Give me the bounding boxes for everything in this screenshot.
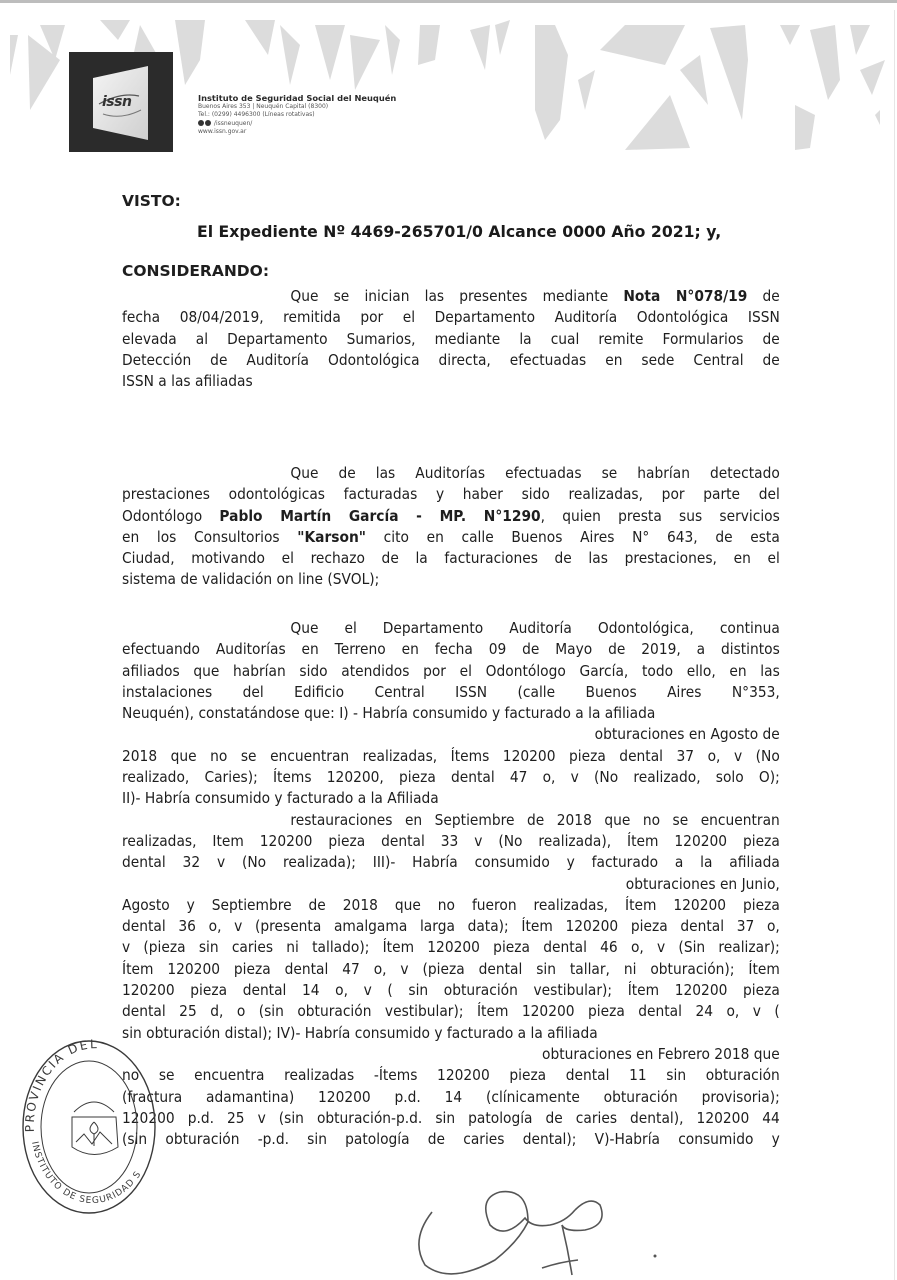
- text-line: Neuquén), constatándose que: I) - Habría…: [122, 703, 780, 724]
- text-line: prestaciones odontológicas facturadas y …: [122, 484, 780, 505]
- text-line: obturaciones en Agosto de: [122, 724, 780, 745]
- org-address: Buenos Aires 353 | Neuquén Capital (8300…: [198, 103, 396, 112]
- org-website: www.issn.gov.ar: [198, 128, 396, 137]
- paragraph-1: Que se inician las presentes mediante No…: [122, 286, 780, 392]
- expediente-reference: El Expediente Nº 4469-265701/0 Alcance 0…: [197, 222, 721, 241]
- text-line: 120200 p.d. 25 v (sin obturación-p.d. si…: [122, 1108, 780, 1129]
- text-line: Detección de Auditoría Odontológica dire…: [122, 350, 780, 371]
- organization-info: Instituto de Seguridad Social del Neuqué…: [198, 94, 396, 137]
- org-phone: Tel.: (0299) 4496300 (Líneas rotativas): [198, 111, 396, 120]
- visto-label: VISTO:: [122, 192, 780, 210]
- considerando-label: CONSIDERANDO:: [122, 262, 780, 280]
- text-line: realizadas, Item 120200 pieza dental 33 …: [122, 831, 780, 852]
- signature: [400, 1180, 680, 1280]
- text-line: no se encuentra realizadas -Ítems 120200…: [122, 1065, 780, 1086]
- org-social-handle: /issneuquen/: [214, 120, 252, 127]
- text-line: fecha 08/04/2019, remitida por el Depart…: [122, 307, 780, 328]
- org-social: /issneuquen/: [198, 120, 396, 129]
- logo-text: issn: [102, 94, 131, 110]
- text-line: ISSN a las afiliadas: [122, 371, 780, 392]
- text-line: dental 32 v (No realizada); III)- Habría…: [122, 852, 780, 873]
- text-line: en los Consultorios "Karson" cito en cal…: [122, 527, 780, 548]
- text-line: 2018 que no se encuentran realizadas, Ít…: [122, 746, 780, 767]
- text-line: obturaciones en Febrero 2018 que: [122, 1044, 780, 1065]
- text-line: afiliados que habrían sido atendidos por…: [122, 661, 780, 682]
- text-line: realizado, Caries); Ítems 120200, pieza …: [122, 767, 780, 788]
- paragraph-2: Que de las Auditorías efectuadas se habr…: [122, 463, 780, 591]
- text-line: instalaciones del Edificio Central ISSN …: [122, 682, 780, 703]
- text-line: Que el Departamento Auditoría Odontológi…: [122, 618, 780, 639]
- text-line: dental 36 o, v (presenta amalgama larga …: [122, 916, 780, 937]
- text-line: Que se inician las presentes mediante No…: [122, 286, 780, 307]
- instagram-icon: [205, 120, 211, 126]
- text-line: efectuando Auditorías en Terreno en fech…: [122, 639, 780, 660]
- text-line: (fractura adamantina) 120200 p.d. 14 (cl…: [122, 1087, 780, 1108]
- svg-text:PROVINCIA DEL: PROVINCIA DEL: [23, 1037, 99, 1132]
- text-line: II)- Habría consumido y facturado a la A…: [122, 788, 780, 809]
- text-line: sistema de validación on line (SVOL);: [122, 569, 780, 590]
- coat-of-arms-icon: [72, 1102, 118, 1155]
- text-line: Agosto y Septiembre de 2018 que no fuero…: [122, 895, 780, 916]
- text-line: dental 25 d, o (sin obturación vestibula…: [122, 1001, 780, 1022]
- text-line: 120200 pieza dental 14 o, v ( sin obtura…: [122, 980, 780, 1001]
- org-name: Instituto de Seguridad Social del Neuqué…: [198, 94, 396, 103]
- facebook-icon: [198, 120, 204, 126]
- text-line: Ciudad, motivando el rechazo de la factu…: [122, 548, 780, 569]
- scan-right-edge: [894, 10, 895, 1280]
- official-stamp: PROVINCIA DEL INSTITUTO DE SEGURIDAD SOC…: [14, 1022, 164, 1222]
- text-line: v (pieza sin caries ni tallado); Ítem 12…: [122, 937, 780, 958]
- paragraph-3: Que el Departamento Auditoría Odontológi…: [122, 618, 780, 1150]
- text-line: Ítem 120200 pieza dental 47 o, v (pieza …: [122, 959, 780, 980]
- text-line: Odontólogo Pablo Martín García - MP. N°1…: [122, 506, 780, 527]
- text-line: sin obturación distal); IV)- Habría cons…: [122, 1023, 780, 1044]
- stamp-top-text: PROVINCIA DEL: [23, 1037, 99, 1132]
- text-line: Que de las Auditorías efectuadas se habr…: [122, 463, 780, 484]
- text-line: obturaciones en Junio,: [122, 874, 780, 895]
- issn-logo: issn: [69, 52, 173, 152]
- text-line: restauraciones en Septiembre de 2018 que…: [122, 810, 780, 831]
- text-line: elevada al Departamento Sumarios, median…: [122, 329, 780, 350]
- text-line: (sin obturación -p.d. sin patología de c…: [122, 1129, 780, 1150]
